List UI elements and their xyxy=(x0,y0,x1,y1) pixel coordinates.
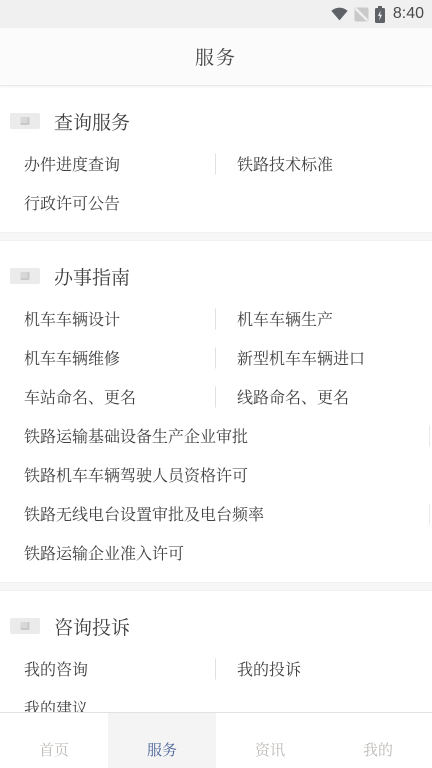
image-placeholder-icon xyxy=(10,113,40,129)
section: 办事指南机车车辆设计机车车辆生产机车车辆维修新型机车车辆进口车站命名、更名线路命… xyxy=(0,241,432,582)
list-item[interactable]: 我的投诉 xyxy=(216,649,432,688)
section-title: 咨询投诉 xyxy=(54,613,130,640)
list-item-label: 铁路运输企业准入许可 xyxy=(24,541,184,564)
tab-我的[interactable]: 我的 xyxy=(324,713,432,768)
app-bar: 服务 xyxy=(0,28,432,86)
services-list: 查询服务办件进度查询铁路技术标准行政许可公告办事指南机车车辆设计机车车辆生产机车… xyxy=(0,86,432,737)
battery-charging-icon xyxy=(375,6,385,23)
table-row: 铁路机车车辆驾驶人员资格许可 xyxy=(0,455,432,494)
list-item[interactable]: 铁路无线电台设置审批及电台频率 xyxy=(0,494,432,533)
list-item-label: 铁路机车车辆驾驶人员资格许可 xyxy=(24,463,248,486)
tab-资讯[interactable]: 资讯 xyxy=(216,713,324,768)
image-placeholder-icon xyxy=(10,268,40,284)
list-item[interactable]: 铁路运输企业准入许可 xyxy=(0,533,432,572)
section-header: 办事指南 xyxy=(0,259,432,293)
section-header: 咨询投诉 xyxy=(0,609,432,643)
no-signal-icon xyxy=(354,7,369,22)
list-item-label: 机车车辆设计 xyxy=(24,307,120,330)
section-title: 办事指南 xyxy=(54,263,130,290)
tab-label: 服务 xyxy=(147,739,177,760)
status-bar: 8:40 xyxy=(0,0,432,28)
list-item[interactable]: 铁路运输基础设备生产企业审批 xyxy=(0,416,432,455)
section-header: 查询服务 xyxy=(0,104,432,138)
table-row: 行政许可公告 xyxy=(0,183,432,222)
table-row: 铁路无线电台设置审批及电台频率 xyxy=(0,494,432,533)
section-divider xyxy=(0,232,432,241)
table-row: 铁路运输企业准入许可 xyxy=(0,533,432,572)
table-row: 车站命名、更名线路命名、更名 xyxy=(0,377,432,416)
list-item[interactable]: 新型机车车辆进口 xyxy=(216,338,432,377)
table-row: 铁路运输基础设备生产企业审批 xyxy=(0,416,432,455)
page-title: 服务 xyxy=(195,43,237,70)
tab-label: 资讯 xyxy=(255,739,285,760)
table-row: 办件进度查询铁路技术标准 xyxy=(0,144,432,183)
list-item[interactable]: 办件进度查询 xyxy=(0,144,216,183)
section: 查询服务办件进度查询铁路技术标准行政许可公告 xyxy=(0,86,432,232)
list-item-label: 铁路运输基础设备生产企业审批 xyxy=(24,424,248,447)
list-item-label: 我的投诉 xyxy=(237,657,301,680)
list-item-label: 线路命名、更名 xyxy=(237,385,349,408)
section-divider xyxy=(0,582,432,591)
list-item-label: 铁路技术标准 xyxy=(237,152,333,175)
table-row: 机车车辆设计机车车辆生产 xyxy=(0,299,432,338)
list-item-label: 机车车辆维修 xyxy=(24,346,120,369)
wifi-icon xyxy=(331,7,348,21)
tab-label: 首页 xyxy=(39,739,69,760)
list-item[interactable]: 车站命名、更名 xyxy=(0,377,216,416)
tab-服务[interactable]: 服务 xyxy=(108,713,216,768)
list-item-label: 行政许可公告 xyxy=(24,191,120,214)
list-item[interactable]: 我的咨询 xyxy=(0,649,216,688)
list-item[interactable]: 机车车辆设计 xyxy=(0,299,216,338)
list-item[interactable]: 线路命名、更名 xyxy=(216,377,432,416)
list-item-label: 机车车辆生产 xyxy=(237,307,333,330)
list-item[interactable]: 行政许可公告 xyxy=(0,183,216,222)
column-divider xyxy=(429,425,430,446)
column-divider xyxy=(429,503,430,524)
list-item-label: 车站命名、更名 xyxy=(24,385,136,408)
list-item-label: 铁路无线电台设置审批及电台频率 xyxy=(24,502,264,525)
list-item[interactable]: 机车车辆生产 xyxy=(216,299,432,338)
section-title: 查询服务 xyxy=(54,108,130,135)
tab-首页[interactable]: 首页 xyxy=(0,713,108,768)
table-row: 机车车辆维修新型机车车辆进口 xyxy=(0,338,432,377)
list-item-label: 我的咨询 xyxy=(24,657,88,680)
list-item-label: 办件进度查询 xyxy=(24,152,120,175)
image-placeholder-icon xyxy=(10,618,40,634)
list-item[interactable]: 铁路技术标准 xyxy=(216,144,432,183)
list-item-label: 新型机车车辆进口 xyxy=(237,346,365,369)
list-item[interactable]: 铁路机车车辆驾驶人员资格许可 xyxy=(0,455,432,494)
status-time: 8:40 xyxy=(393,6,424,22)
table-row: 我的咨询我的投诉 xyxy=(0,649,432,688)
list-item[interactable]: 机车车辆维修 xyxy=(0,338,216,377)
bottom-tab-bar: 首页服务资讯我的 xyxy=(0,712,432,768)
tab-label: 我的 xyxy=(363,739,393,760)
